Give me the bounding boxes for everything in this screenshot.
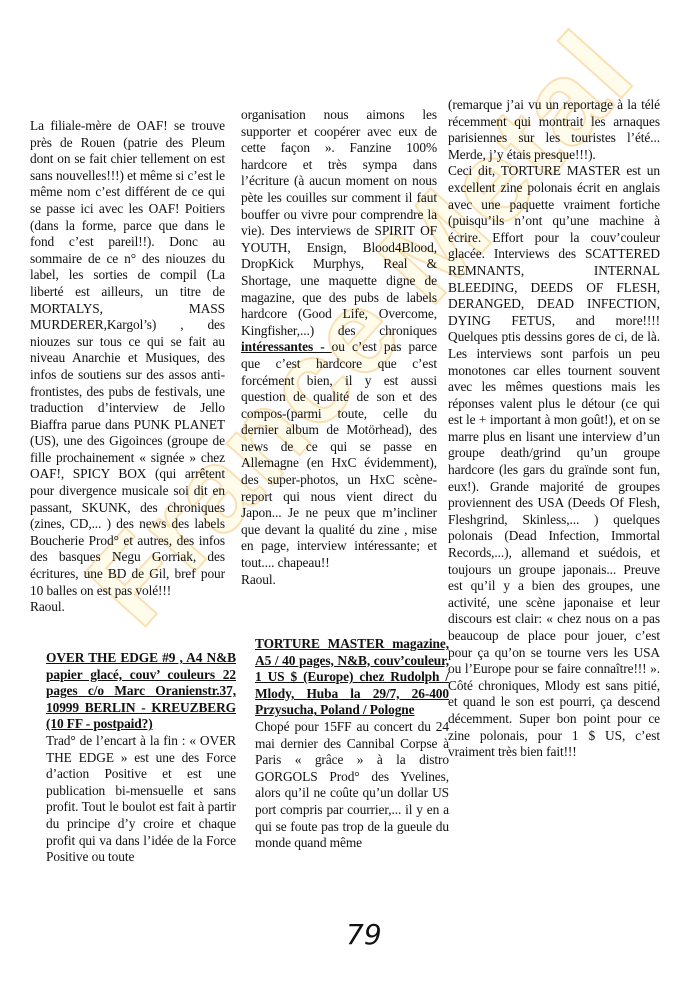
over-the-edge-heading: OVER THE EDGE #9 , A4 N&B papier glacé, … — [46, 650, 236, 733]
column-over-the-edge-continued: organisation nous aimons les supporter e… — [241, 107, 437, 588]
zine-page: France Metal La filiale-mère de OAF! se … — [0, 0, 700, 1000]
review-text-part1: organisation nous aimons les supporter e… — [241, 107, 437, 338]
page-number: 79 — [346, 918, 382, 951]
over-the-edge-review-text: organisation nous aimons les supporter e… — [241, 107, 437, 572]
review-emphasis: intéressantes - — [241, 339, 332, 354]
over-the-edge-signature: Raoul. — [241, 572, 437, 589]
oaf-review-text: La filiale-mère de OAF! se trouve près d… — [30, 118, 225, 599]
column-torture-master-continued: (remarque j’ai vu un reportage à la télé… — [448, 97, 660, 761]
torture-master-review-text: Ceci dit, TORTURE MASTER est un excellen… — [448, 163, 660, 760]
torture-master-body: Chopé pour 15FF au concert du 24 mai der… — [255, 719, 449, 852]
column-oaf-review: La filiale-mère de OAF! se trouve près d… — [30, 118, 225, 616]
review-over-the-edge: OVER THE EDGE #9 , A4 N&B papier glacé, … — [46, 650, 236, 866]
torture-master-aside: (remarque j’ai vu un reportage à la télé… — [448, 97, 660, 163]
oaf-review-signature: Raoul. — [30, 599, 225, 616]
over-the-edge-body: Trad° de l’encart à la fin : « OVER THE … — [46, 733, 236, 866]
review-text-part2: ou c’est pas parce que c’est hardcore qu… — [241, 339, 437, 570]
torture-master-heading: TORTURE MASTER magazine, A5 / 40 pages, … — [255, 636, 449, 719]
review-torture-master: TORTURE MASTER magazine, A5 / 40 pages, … — [255, 636, 449, 852]
